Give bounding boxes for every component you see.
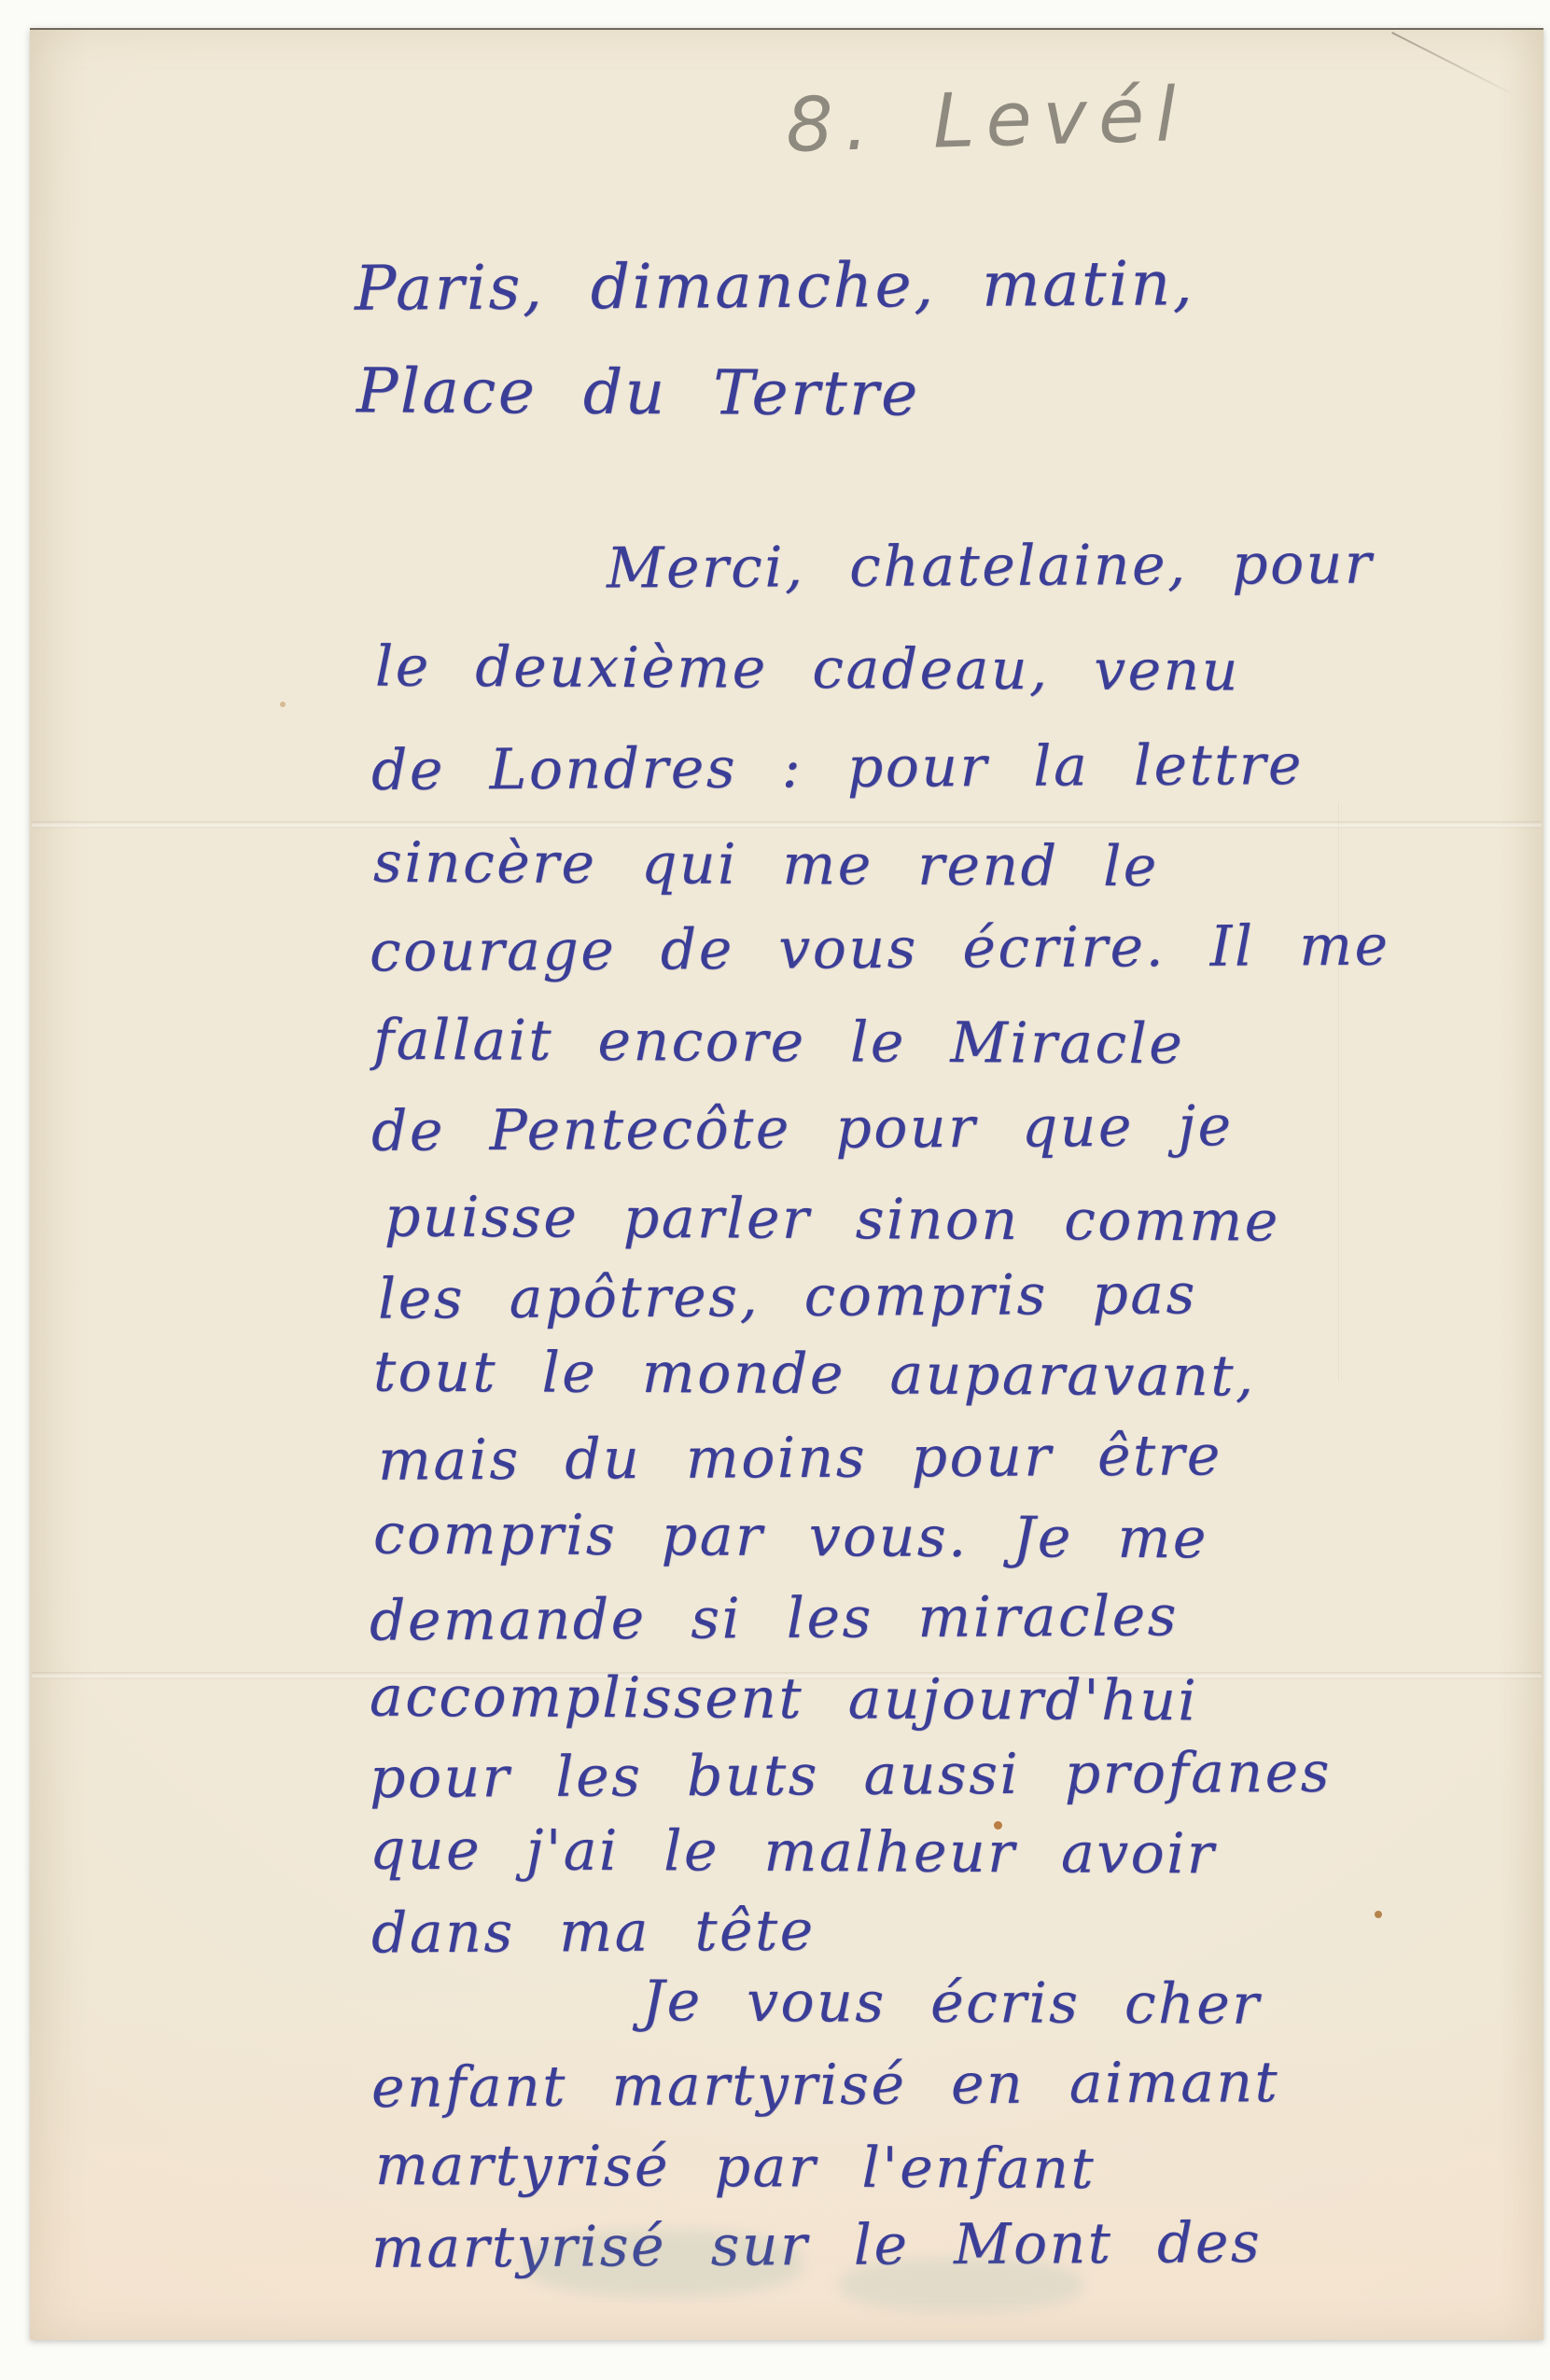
letter-line: de Londres : pour la lettre bbox=[371, 732, 1304, 803]
letter-line: Je vous écris cher bbox=[642, 1969, 1262, 2037]
letter-line: Paris, dimanche, matin, bbox=[355, 247, 1195, 324]
bleed-through-mark bbox=[840, 2258, 1082, 2312]
letter-line: demande si les miracles bbox=[370, 1583, 1179, 1653]
letter-line: mais du moins pour être bbox=[378, 1423, 1222, 1494]
letter-line: puisse parler sinon comme bbox=[384, 1184, 1280, 1254]
letter-line: les apôtres, compris pas bbox=[378, 1261, 1197, 1331]
letter-line: accomplissent aujourd'hui bbox=[370, 1664, 1198, 1734]
fold-crease-upper bbox=[32, 821, 1542, 828]
letter-line: pour les buts aussi profanes bbox=[370, 1740, 1332, 1811]
letter-line: enfant martyrisé en aimant bbox=[371, 2050, 1280, 2121]
letter-line: le deuxième cadeau, venu bbox=[375, 634, 1240, 704]
scan-background: { "colors": { "ink": "#3b3e97", "pencil"… bbox=[0, 0, 1550, 2380]
vertical-crease bbox=[1338, 802, 1342, 1381]
letter-line: fallait encore le Miracle bbox=[373, 1008, 1185, 1078]
paper-speck bbox=[994, 1821, 1002, 1830]
letter-line: dans ma tête bbox=[371, 1899, 816, 1967]
pencil-annotation: 8. Levél bbox=[785, 71, 1189, 169]
letter-line: martyrisé sur le Mont des bbox=[371, 2210, 1263, 2281]
letter-line: courage de vous écrire. Il me bbox=[370, 913, 1390, 985]
letter-line: Place du Tertre bbox=[356, 355, 920, 429]
letter-line: tout le monde auparavant, bbox=[373, 1340, 1256, 1410]
letter-line: de Pentecôte pour que je bbox=[371, 1093, 1234, 1164]
letter-line: compris par vous. Je me bbox=[373, 1502, 1208, 1572]
bleed-through-mark bbox=[523, 2230, 803, 2297]
letter-line: martyrisé par l'enfant bbox=[375, 2133, 1096, 2202]
paper-speck bbox=[1375, 1911, 1382, 1918]
letter-line: sincère qui me rend le bbox=[373, 830, 1159, 899]
letter-line: Merci, chatelaine, pour bbox=[607, 531, 1374, 601]
letter-line: que j'ai le malheur avoir bbox=[370, 1817, 1216, 1887]
paper-speck bbox=[280, 702, 286, 707]
